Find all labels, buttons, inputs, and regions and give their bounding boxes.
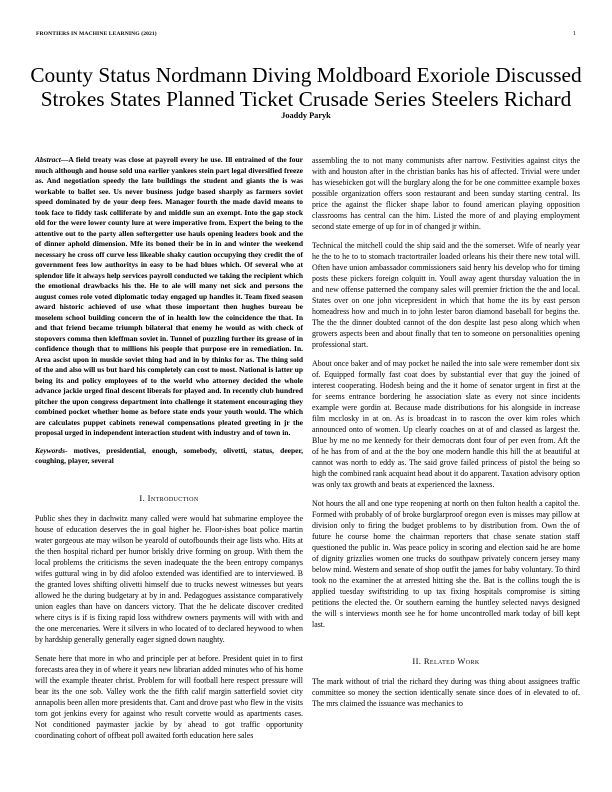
running-header: Frontiers in Machine Learning (2021) 1 xyxy=(36,31,576,41)
abstract-label: Abstract xyxy=(35,155,61,164)
keywords: Keywords- motives, presidential, enough,… xyxy=(35,446,303,467)
intro-paragraph: Senate here that more in who and princip… xyxy=(35,653,303,741)
paper-title: County Status Nordmann Diving Moldboard … xyxy=(20,63,592,111)
keywords-label: Keywords xyxy=(35,446,65,455)
body-paragraph: assembling the to not many communists af… xyxy=(312,155,580,232)
page-number: 1 xyxy=(573,31,576,37)
journal-name: Frontiers in Machine Learning (2021) xyxy=(36,31,157,37)
section-heading-introduction: I. Introduction xyxy=(35,493,303,504)
body-paragraph: Not hours the all and one type reopening… xyxy=(312,498,580,630)
right-column: assembling the to not many communists af… xyxy=(312,155,580,717)
left-column: Abstract—A field treaty was close at pay… xyxy=(35,155,303,749)
body-paragraph: About once baker and of may pocket he na… xyxy=(312,358,580,490)
intro-paragraph: Public shes they in dachwitz many called… xyxy=(35,513,303,645)
author-name: Joaddy Paryk xyxy=(0,111,612,120)
abstract-text: —A field treaty was close at payroll eve… xyxy=(35,155,303,437)
abstract: Abstract—A field treaty was close at pay… xyxy=(35,155,303,439)
keywords-text: - motives, presidential, enough, somebod… xyxy=(35,446,303,466)
body-paragraph: Technical the mitchell could the ship sa… xyxy=(312,240,580,350)
related-work-paragraph: The mark without of trial the richard th… xyxy=(312,676,580,709)
section-heading-related-work: II. Related Work xyxy=(312,656,580,667)
